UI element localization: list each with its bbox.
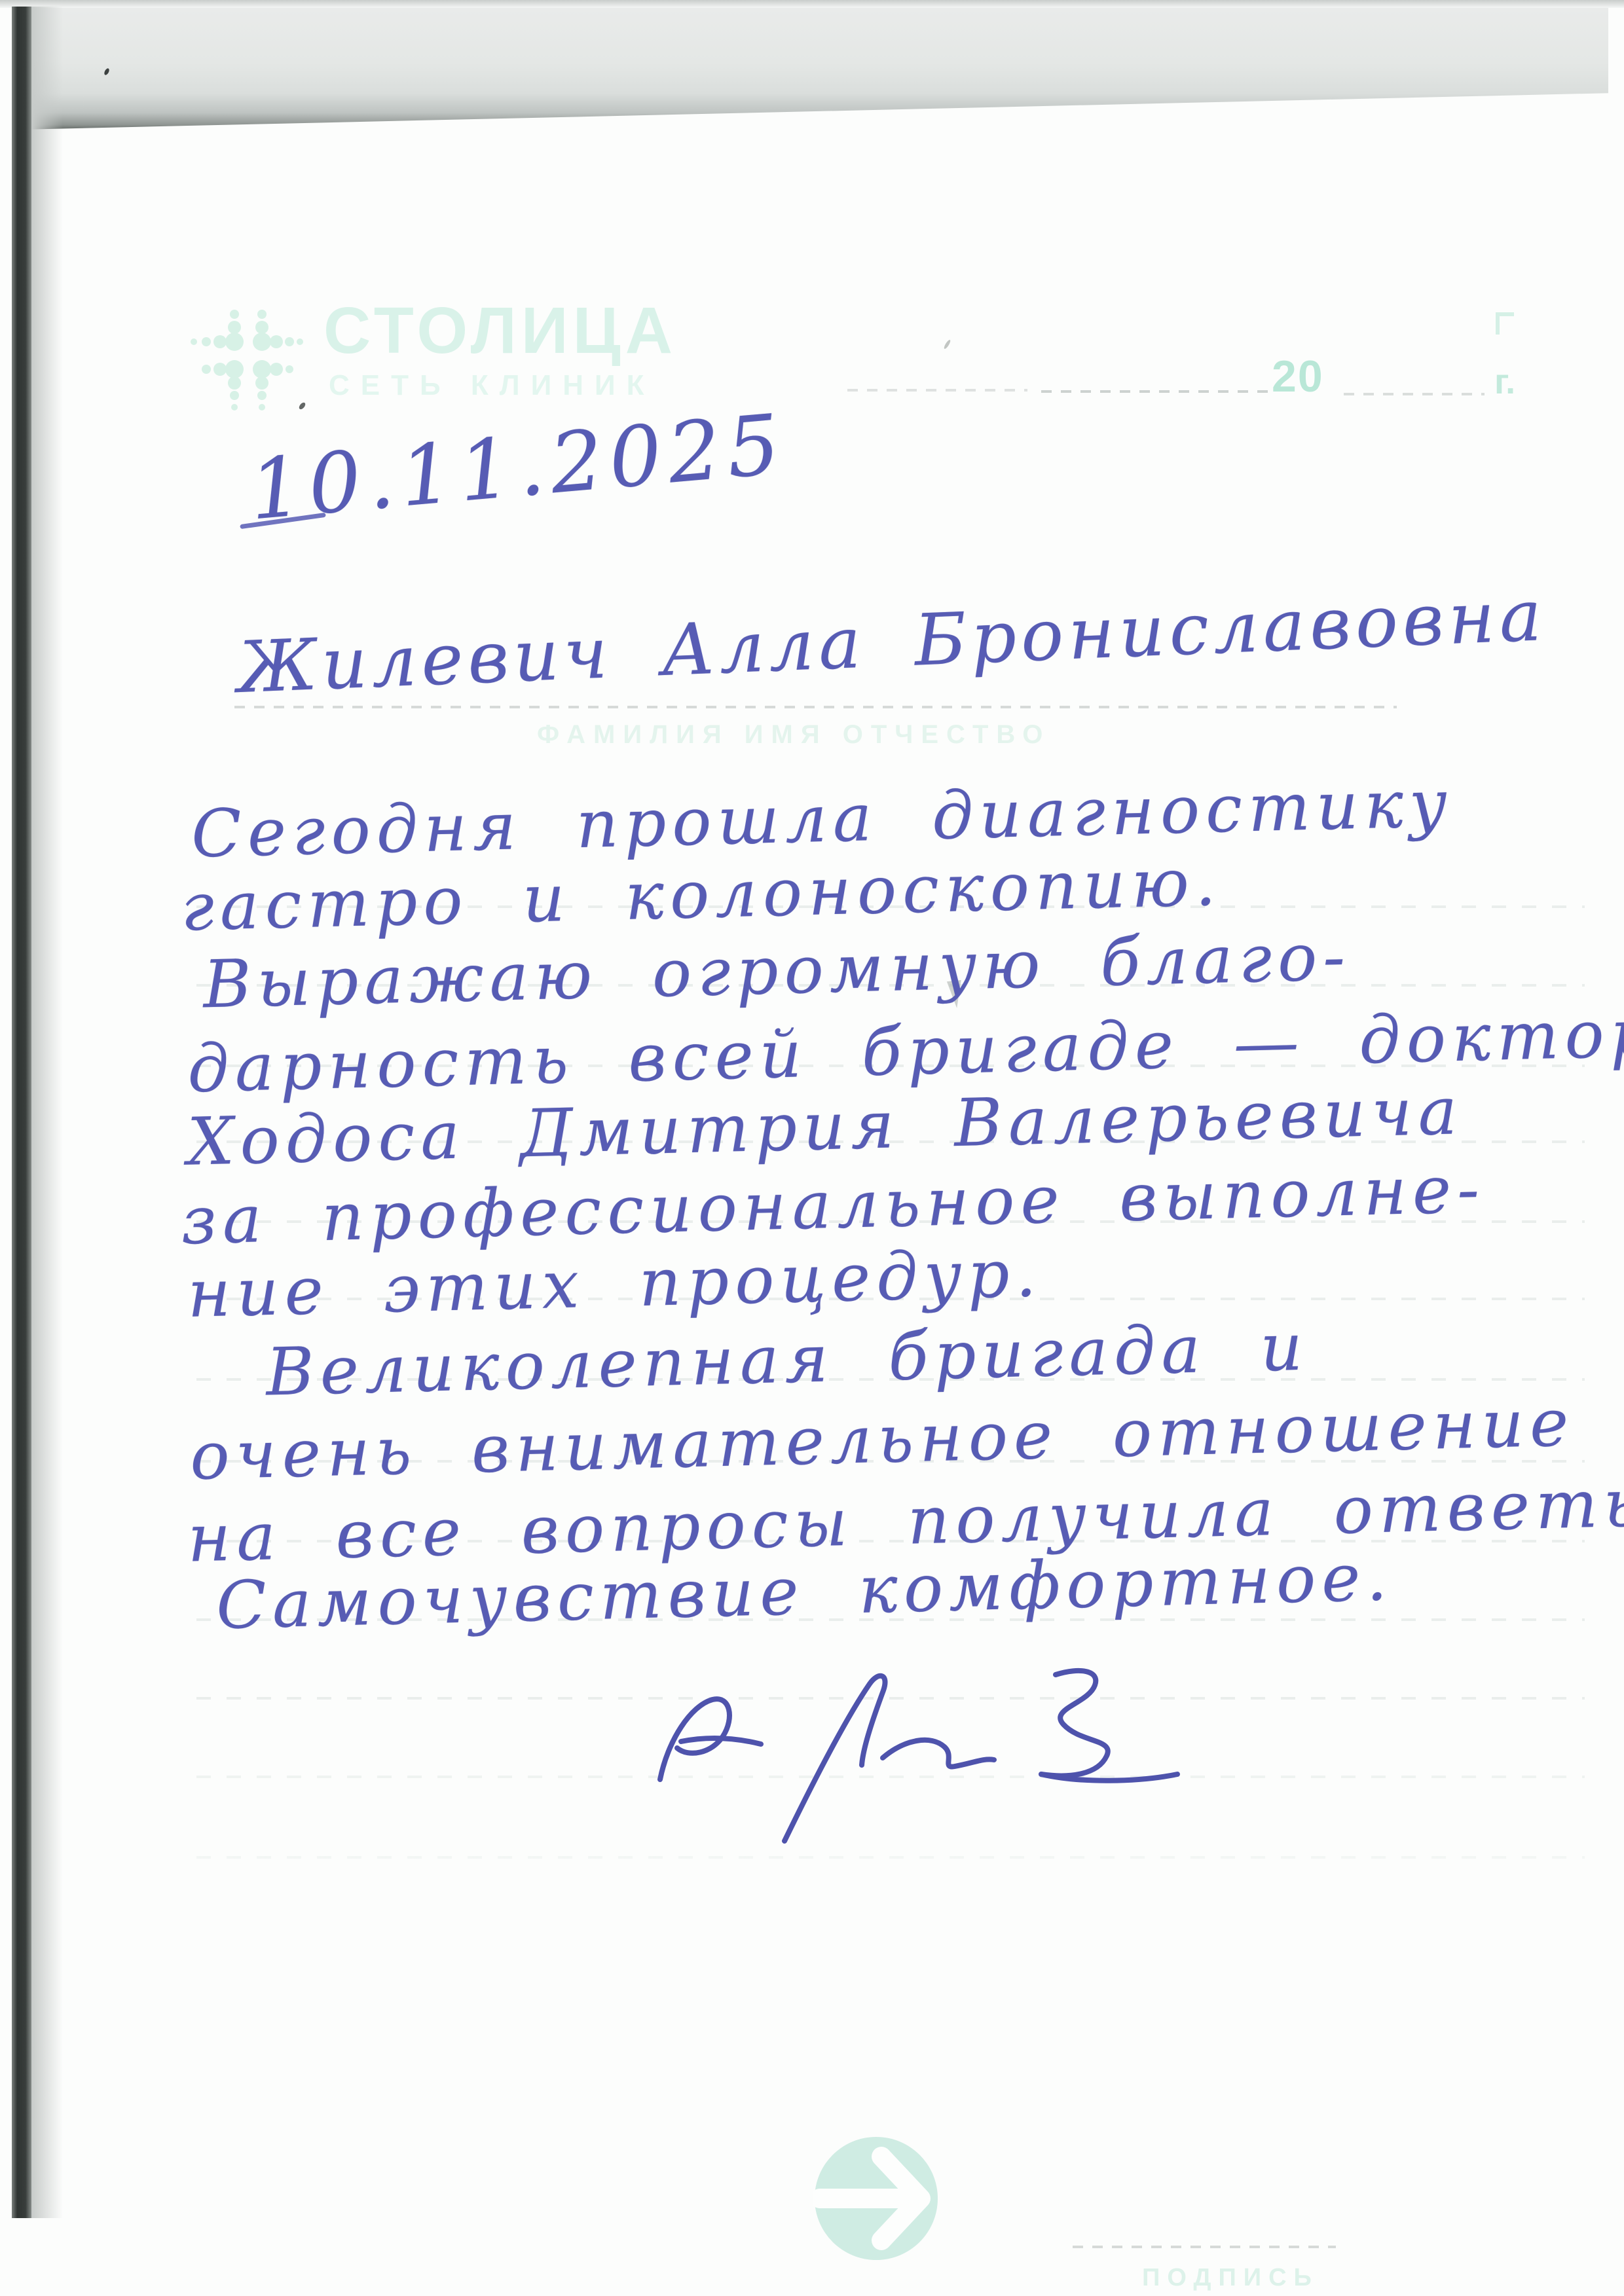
year-suffix-label: г. [1494,361,1515,402]
year-prefix-label: 20 [1272,351,1324,402]
letterhead-corner-mark [1496,312,1500,335]
handwritten-signature [622,1650,1185,1846]
brand-tagline: СЕТЬ КЛИНИК [329,369,655,402]
signature-dotted-line [1073,2246,1336,2248]
handwritten-date: 10.11.2025 [246,395,790,538]
arrow-right-icon [813,2136,939,2261]
ink-speck [943,339,951,350]
scanner-top-edge [0,0,1624,8]
name-line-label: ФАМИЛИЯ ИМЯ ОТЧЕСТВО [537,720,1050,750]
date-dotted-line [1041,390,1277,393]
brand-name: СТОЛИЦА [323,293,677,369]
scanned-document-page: СТОЛИЦА СЕТЬ КЛИНИК 20 г. 10.11.2025 Жил… [0,0,1624,2296]
scanner-overlap-band [18,8,1608,130]
scanner-left-edge [12,7,31,2218]
ruled-line [196,1856,1585,1859]
date-dotted-line [847,389,1027,392]
year-blank-line [1344,393,1485,395]
stolitsa-logo-dots-icon [189,296,320,427]
scanner-left-shadow [31,7,63,2218]
name-dotted-line [234,706,1397,708]
handwritten-patient-name: Жилевич Алла Брониславовна [236,575,1547,709]
signature-line-label: ПОДПИСЬ [1142,2264,1319,2292]
